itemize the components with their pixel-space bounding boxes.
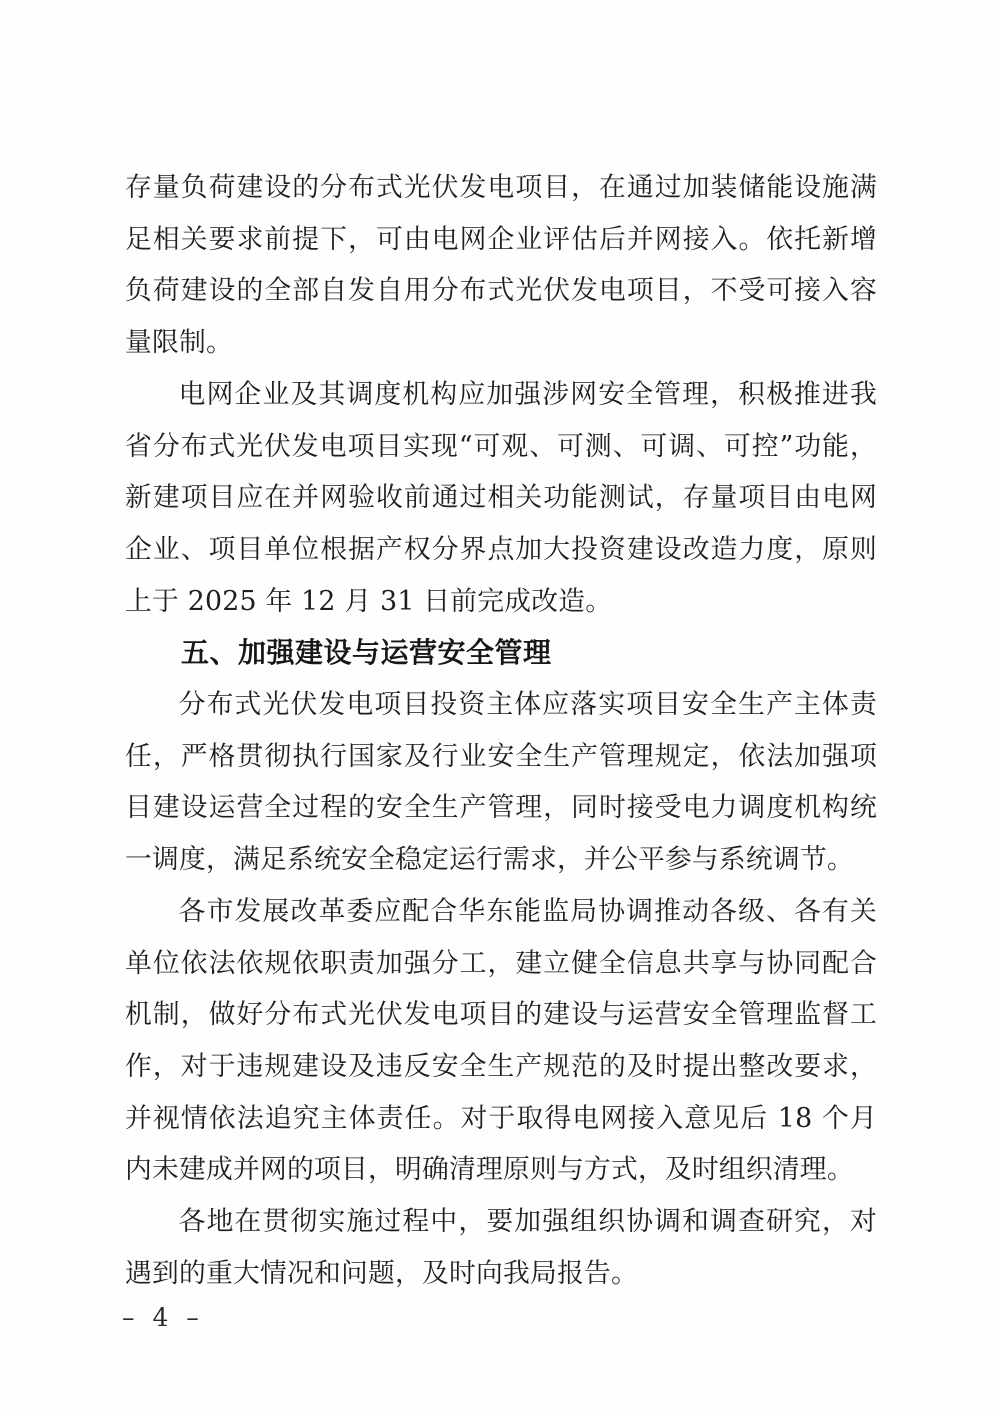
paragraph-implementation-report: 各地在贯彻实施过程中，要加强组织协调和调查研究，对遇到的重大情况和问题，及时向我… xyxy=(125,1196,877,1299)
document-page: 存量负荷建设的分布式光伏发电项目，在通过加装储能设施满足相关要求前提下，可由电网… xyxy=(0,0,1000,1414)
page-content: 存量负荷建设的分布式光伏发电项目，在通过加装储能设施满足相关要求前提下，可由电网… xyxy=(125,162,877,1299)
paragraph-supervision: 各市发展改革委应配合华东能监局协调推动各级、各有关单位依法依规依职责加强分工，建… xyxy=(125,886,877,1196)
paragraph-continuation: 存量负荷建设的分布式光伏发电项目，在通过加装储能设施满足相关要求前提下，可由电网… xyxy=(125,162,877,369)
page-number: – 4 – xyxy=(122,1303,204,1332)
paragraph-investor-responsibility: 分布式光伏发电项目投资主体应落实项目安全生产主体责任，严格贯彻执行国家及行业安全… xyxy=(125,679,877,886)
paragraph-grid-safety: 电网企业及其调度机构应加强涉网安全管理，积极推进我省分布式光伏发电项目实现“可观… xyxy=(125,369,877,628)
section-heading-5: 五、加强建设与运营安全管理 xyxy=(125,627,877,679)
